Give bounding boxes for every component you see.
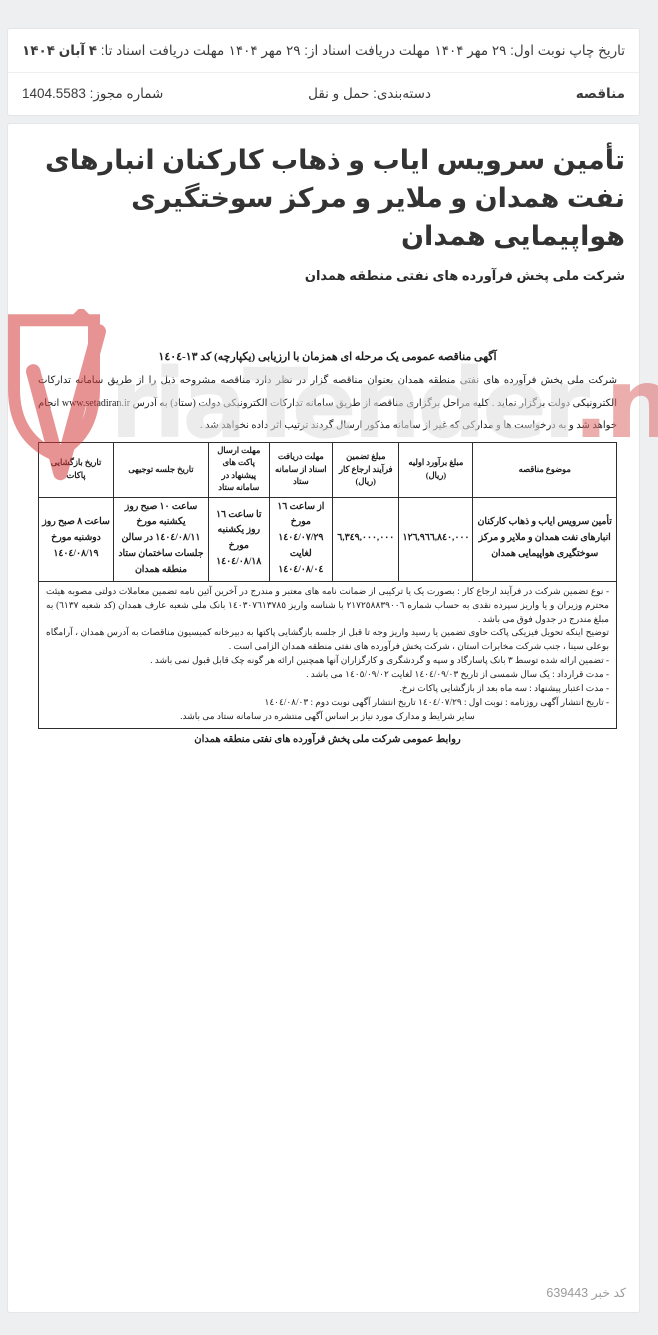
header-briefing-session-date: تاریخ جلسه توجیهی — [113, 442, 208, 497]
note-physical-delivery: توضیح اینکه تحویل فیزیکی پاکت حاوی تضمین… — [46, 626, 609, 654]
cell-initial-estimate: ١٢٦,٩٦٦,٨٤٠,٠٠٠ — [399, 497, 473, 581]
notice-notes-box: - نوع تضمین شرکت در فرآیند ارجاع کار : ب… — [38, 582, 617, 729]
tender-type-badge: مناقصه — [576, 86, 625, 102]
table-header-row: موضوع مناقصه مبلغ برآورد اولیه (ریال) مب… — [39, 442, 617, 497]
header-subject: موضوع مناقصه — [473, 442, 617, 497]
docs-receive-from: مهلت دریافت اسناد از: ۲۹ مهر ۱۴۰۴ — [229, 43, 431, 59]
organization-subtitle: شرکت ملی پخش فرآورده های نفتی منطقه همدا… — [8, 255, 639, 284]
tender-meta-card: تاریخ چاپ نوبت اول: ۲۹ مهر ۱۴۰۴ مهلت دری… — [7, 28, 640, 116]
docs-until-value: ۴ آبان ۱۴۰۴ — [22, 43, 97, 58]
license-number: شماره مجوز: 1404.5583 — [22, 86, 163, 102]
note-publication-dates: - تاریخ انتشار آگهی روزنامه : نوبت اول :… — [46, 696, 609, 710]
note-contract-duration: - مدت قرارداد : یک سال شمسی از تاریخ ١٤٠… — [46, 668, 609, 682]
docs-receive-until: مهلت دریافت اسناد تا: ۴ آبان ۱۴۰۴ — [22, 43, 224, 59]
header-guarantee-amount: مبلغ تضمین فرآیند ارجاع کار (ریال) — [333, 442, 399, 497]
tender-details-table: موضوع مناقصه مبلغ برآورد اولیه (ریال) مب… — [38, 442, 617, 582]
notice-intro-paragraph: شرکت ملی پخش فرآورده های نفتی منطقه همدا… — [38, 370, 617, 438]
cell-docs-receive-deadline: از ساعت ١٦ مورخ ١٤٠٤/٠٧/٢٩ لغایت ١٤٠٤/٠٨… — [269, 497, 332, 581]
tender-article-card: تأمین سرویس ایاب و ذهاب کارکنان انبارهای… — [7, 123, 640, 1313]
header-docs-receive-deadline: مهلت دریافت اسناد از سامانه ستاد — [269, 442, 332, 497]
note-guarantee-type: - نوع تضمین شرکت در فرآیند ارجاع کار : ب… — [46, 585, 609, 627]
tender-page: { "header": { "row1": { "print_date": "ت… — [0, 0, 658, 1335]
meta-row-dates: تاریخ چاپ نوبت اول: ۲۹ مهر ۱۴۰۴ مهلت دری… — [8, 29, 639, 72]
meta-row-classification: مناقصه دسته‌بندی: حمل و نقل شماره مجوز: … — [8, 72, 639, 115]
note-banks-not-accepted: - تضمین ارائه شده توسط ٣ بانک پاسارگاد و… — [46, 654, 609, 668]
cell-envelope-opening-date: ساعت ٨ صبح روز دوشنبه مورخ ١٤٠٤/٠٨/١٩ — [39, 497, 114, 581]
header-envelope-opening-date: تاریخ بازگشایی پاکات — [39, 442, 114, 497]
note-other-conditions: سایر شرایط و مدارک مورد نیاز بر اساس آگه… — [46, 710, 609, 724]
news-code: کد خبر 639443 — [546, 1285, 626, 1300]
page-title: تأمین سرویس ایاب و ذهاب کارکنان انبارهای… — [8, 124, 639, 255]
category-label: دسته‌بندی: حمل و نقل — [308, 86, 431, 102]
scanned-notice-document: riaTender.n آگهی مناقصه عمومی یک مرحله ا… — [38, 350, 617, 745]
cell-briefing-session-date: ساعت ١٠ صبح روز یکشنبه مورخ ١٤٠٤/٠٨/١١ د… — [113, 497, 208, 581]
notice-heading: آگهی مناقصه عمومی یک مرحله ای همزمان با … — [38, 350, 617, 363]
cell-envelope-submit-deadline: تا ساعت ١٦ روز یکشنبه مورخ ١٤٠٤/٠٨/١٨ — [208, 497, 269, 581]
cell-guarantee-amount: ٦,٣٤٩,٠٠٠,٠٠٠ — [333, 497, 399, 581]
notice-public-relations-footer: روابط عمومی شرکت ملی پخش فرآورده های نفت… — [38, 734, 617, 745]
print-date-first-edition: تاریخ چاپ نوبت اول: ۲۹ مهر ۱۴۰۴ — [434, 43, 625, 59]
header-initial-estimate: مبلغ برآورد اولیه (ریال) — [399, 442, 473, 497]
cell-subject: تأمین سرویس ایاب و ذهاب کارکنان انبارهای… — [473, 497, 617, 581]
header-envelope-submit-deadline: مهلت ارسال پاکت های پیشنهاد در سامانه ست… — [208, 442, 269, 497]
note-offer-validity: - مدت اعتبار پیشنهاد : سه ماه بعد از باز… — [46, 682, 609, 696]
table-row: تأمین سرویس ایاب و ذهاب کارکنان انبارهای… — [39, 497, 617, 581]
docs-until-label: مهلت دریافت اسناد تا: — [97, 43, 224, 58]
